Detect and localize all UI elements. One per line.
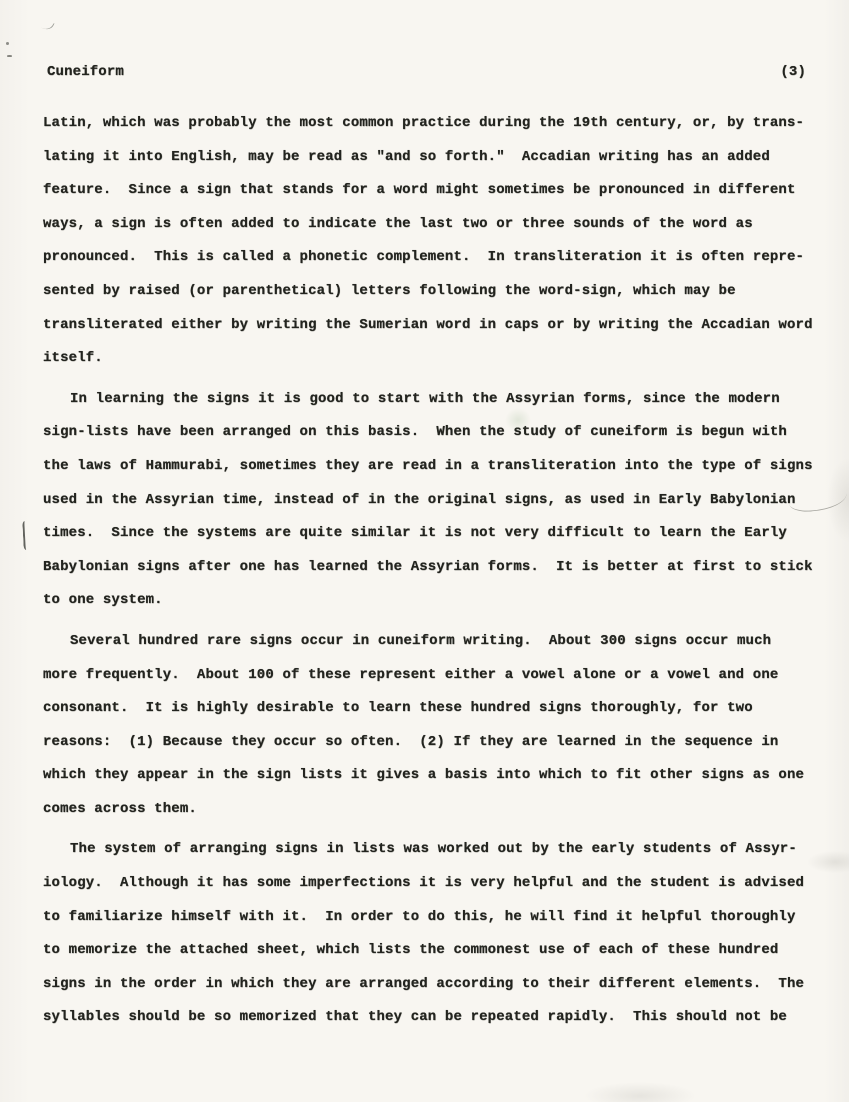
text-line: signs in the order in which they are arr… <box>43 968 819 1002</box>
text-line: times. Since the systems are quite simil… <box>43 517 819 551</box>
text-line: itself. <box>43 342 819 376</box>
page-header: Cuneiform (3) <box>47 62 806 82</box>
edge-dot-mark <box>7 55 12 57</box>
text-line: feature. Since a sign that stands for a … <box>43 174 819 208</box>
text-line: In learning the signs it is good to star… <box>43 383 819 417</box>
text-line: more frequently. About 100 of these repr… <box>43 659 819 693</box>
paragraph: Latin, which was probably the most commo… <box>43 107 819 376</box>
edge-dot-mark <box>6 42 9 45</box>
document-page: Cuneiform (3) Latin, which was probably … <box>0 0 849 1102</box>
text-line: The system of arranging signs in lists w… <box>43 833 819 867</box>
text-line: transliterated either by writing the Sum… <box>43 309 819 343</box>
page-number: (3) <box>780 62 806 82</box>
text-line: consonant. It is highly desirable to lea… <box>43 692 819 726</box>
paragraph: In learning the signs it is good to star… <box>43 383 819 618</box>
margin-tick-mark <box>22 521 29 550</box>
text-line: ways, a sign is often added to indicate … <box>43 208 819 242</box>
running-title: Cuneiform <box>47 62 124 82</box>
text-line: which they appear in the sign lists it g… <box>43 759 819 793</box>
text-line: lating it into English, may be read as "… <box>43 141 819 175</box>
text-line: reasons: (1) Because they occur so often… <box>43 726 819 760</box>
text-line: Several hundred rare signs occur in cune… <box>43 625 819 659</box>
text-line: to one system. <box>43 584 819 618</box>
text-line: to familiarize himself with it. In order… <box>43 901 819 935</box>
text-line: Babylonian signs after one has learned t… <box>43 551 819 585</box>
document-body: Latin, which was probably the most commo… <box>43 107 819 1035</box>
text-line: iology. Although it has some imperfectio… <box>43 867 819 901</box>
pencil-squiggle-mark <box>38 18 54 33</box>
paragraph: Several hundred rare signs occur in cune… <box>43 625 819 827</box>
text-line: pronounced. This is called a phonetic co… <box>43 241 819 275</box>
paragraph: The system of arranging signs in lists w… <box>43 833 819 1035</box>
text-line: syllables should be so memorized that th… <box>43 1001 819 1035</box>
text-line: comes across them. <box>43 793 819 827</box>
text-line: to memorize the attached sheet, which li… <box>43 934 819 968</box>
text-line: Latin, which was probably the most commo… <box>43 107 819 141</box>
text-line: used in the Assyrian time, instead of in… <box>43 484 819 518</box>
text-line: sign-lists have been arranged on this ba… <box>43 416 819 450</box>
text-line: sented by raised (or parenthetical) lett… <box>43 275 819 309</box>
text-line: the laws of Hammurabi, sometimes they ar… <box>43 450 819 484</box>
